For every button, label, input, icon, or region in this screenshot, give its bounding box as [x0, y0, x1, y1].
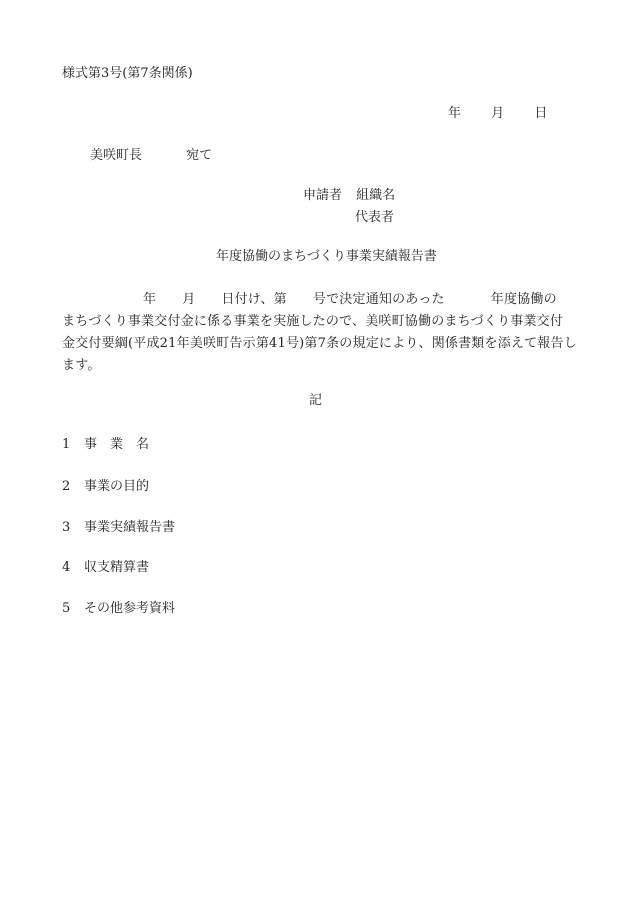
body-fiscal-year: 年度協働の — [491, 292, 557, 307]
date-day: 日 — [534, 106, 547, 121]
body-month: 月 — [182, 292, 195, 307]
list-item: 5その他参考資料 — [62, 597, 175, 616]
body-line-2: まちづくり事業交付金に係る事業を実施したので、美咲町協働のまちづくり事業交付 — [62, 311, 572, 333]
ki-heading: 記 — [309, 393, 322, 409]
applicant-label: 申請者 — [303, 188, 342, 203]
list-item: 1事 業 名 — [62, 433, 149, 452]
date-year: 年 — [448, 106, 461, 121]
addressee-suffix: 宛て — [186, 148, 212, 163]
addressee: 美咲町長 宛て — [90, 148, 212, 164]
addressee-name: 美咲町長 — [90, 148, 142, 163]
list-item: 2事業の目的 — [62, 475, 149, 494]
item-number: 3 — [62, 520, 84, 535]
item-number: 2 — [62, 479, 84, 494]
item-number: 4 — [62, 560, 84, 575]
item-label: 事業の目的 — [84, 479, 149, 494]
date-month: 月 — [491, 106, 504, 121]
item-label: その他参考資料 — [84, 601, 175, 616]
item-label: 事 業 名 — [84, 437, 149, 452]
body-line-1: 年月日付け、第号で決定通知のあった年度協働の — [62, 289, 572, 311]
item-number: 5 — [62, 601, 84, 616]
body-number: 号で決定通知のあった — [313, 292, 445, 307]
body-year: 年 — [143, 292, 156, 307]
body-line-3: 金交付要綱(平成21年美咲町告示第41号)第7条の規定により、関係書類を添えて報… — [62, 333, 572, 355]
list-item: 3事業実績報告書 — [62, 516, 175, 535]
body-day-date: 日付け、第 — [221, 292, 286, 307]
item-label: 収支精算書 — [84, 560, 149, 575]
applicant-line: 申請者 組織名 — [303, 188, 395, 204]
rep-label: 代表者 — [355, 210, 394, 226]
date-line: 年 月 日 — [448, 106, 547, 122]
org-label: 組織名 — [356, 188, 395, 203]
list-item: 4収支精算書 — [62, 556, 149, 575]
body-paragraph: 年月日付け、第号で決定通知のあった年度協働の まちづくり事業交付金に係る事業を実… — [62, 289, 572, 377]
form-number: 様式第3号(第7条関係) — [62, 66, 193, 82]
item-label: 事業実績報告書 — [84, 520, 175, 535]
document-title: 年度協働のまちづくり事業実績報告書 — [216, 249, 437, 265]
body-line-4: ます。 — [62, 355, 572, 377]
item-number: 1 — [62, 437, 84, 452]
